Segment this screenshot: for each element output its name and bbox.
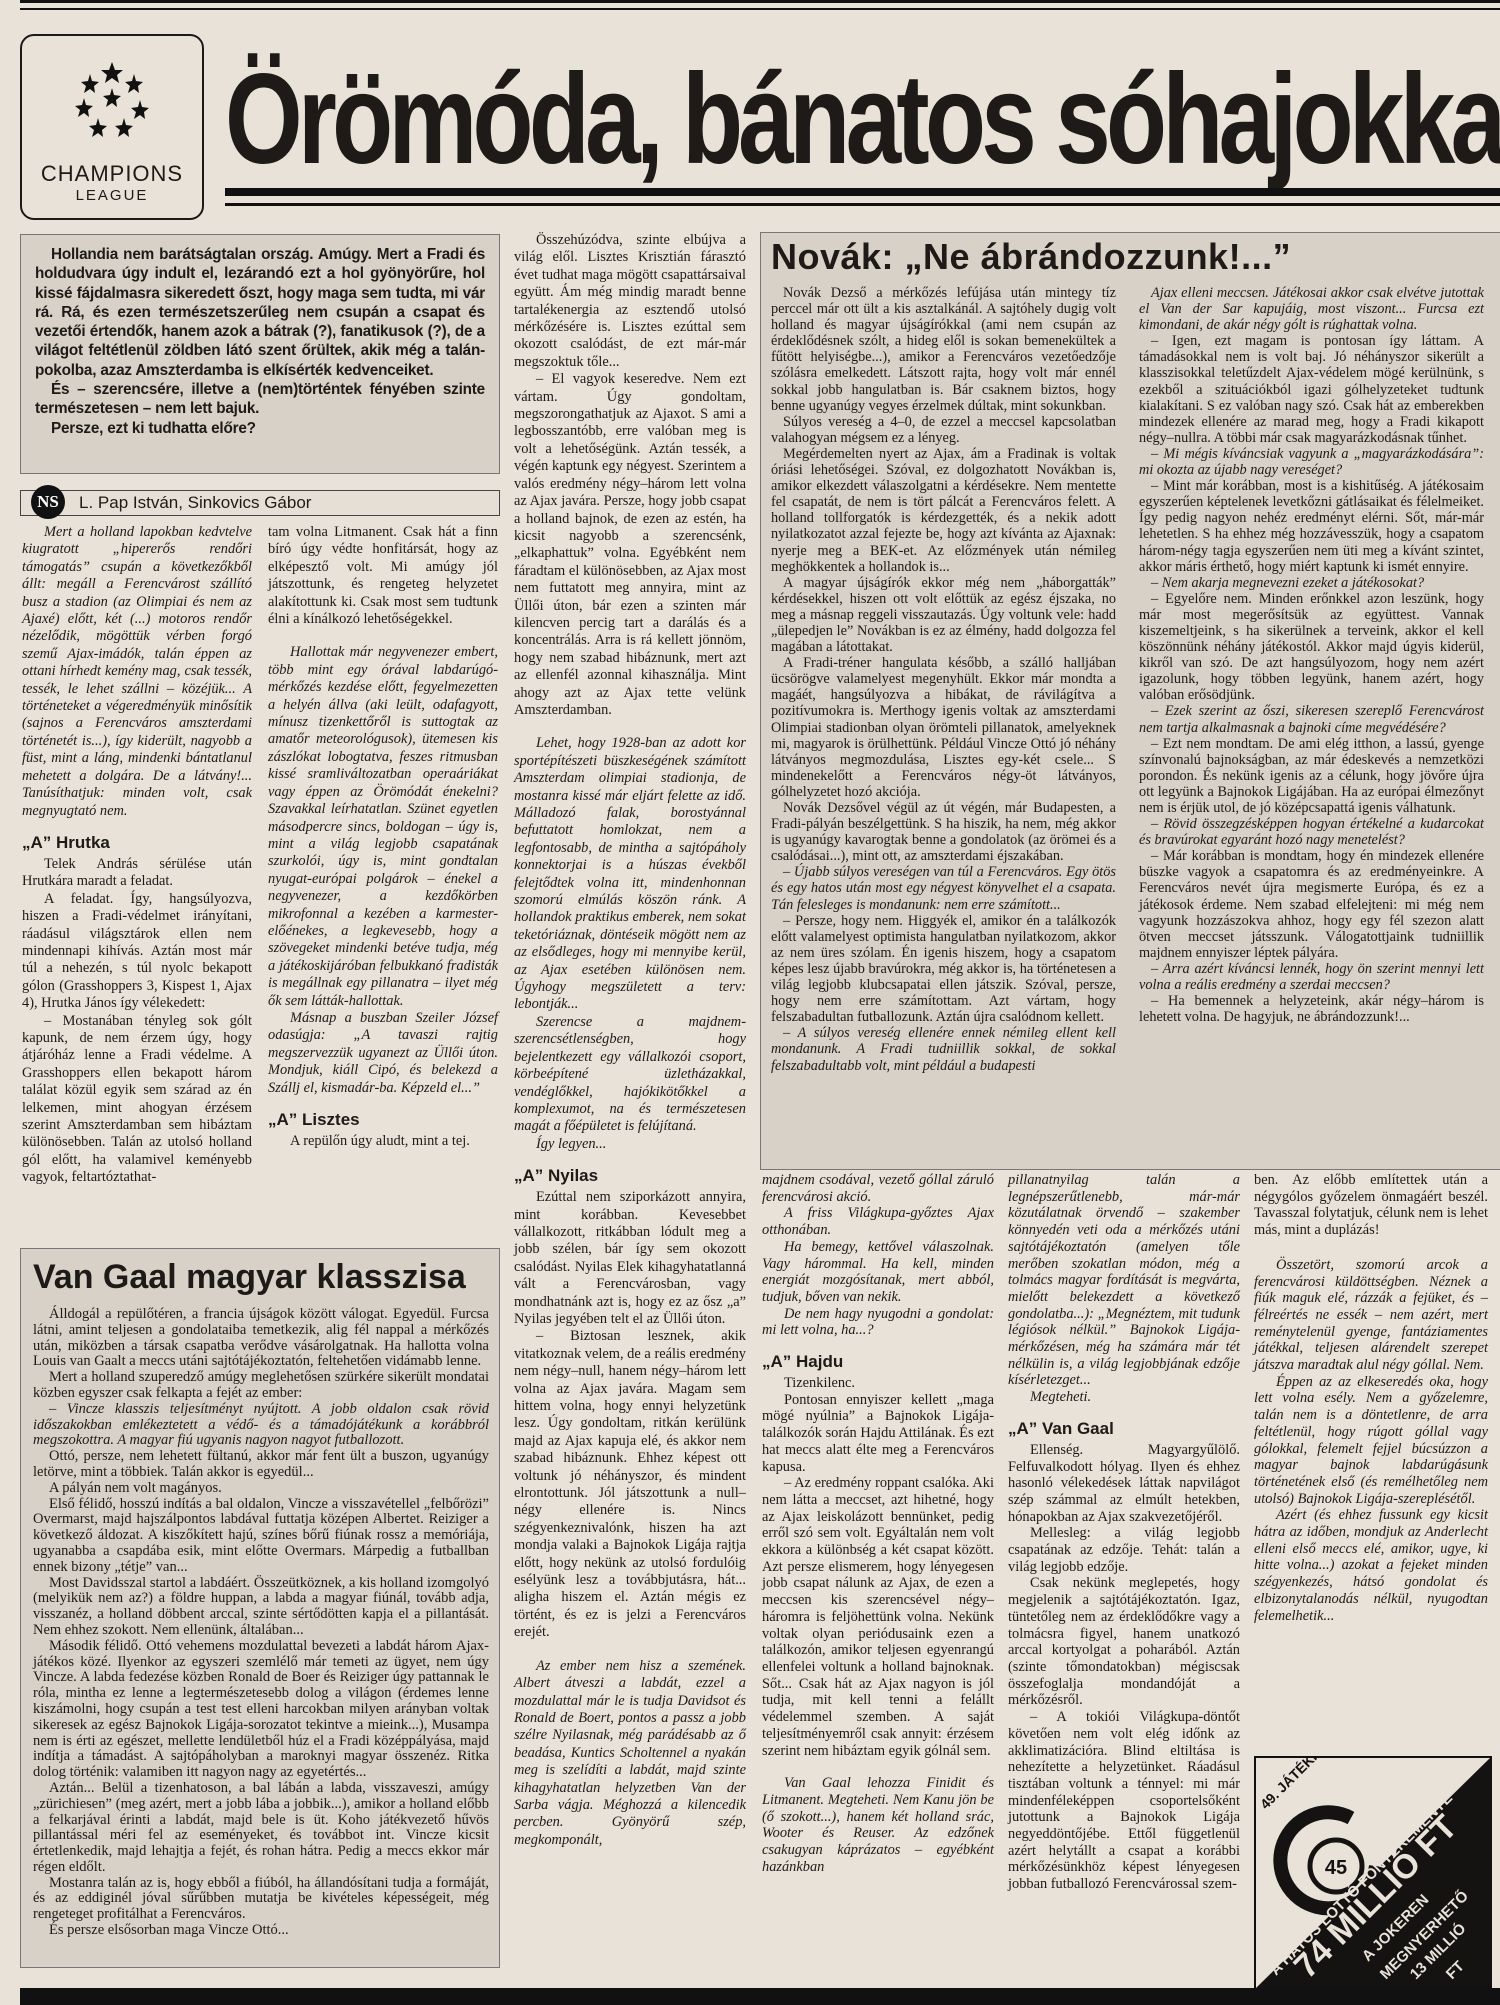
vg-paragraph: Álldogál a repülőtéren, a francia újságo…	[33, 1307, 489, 1370]
champions-league-logo: CHAMPIONS LEAGUE	[20, 34, 204, 220]
subhead-nyilas: „A” Nyilas	[514, 1165, 746, 1187]
article-paragraph: Ezúttal nem sziporkázott annyira, mint k…	[514, 1189, 746, 1328]
novak-question: – Nem akarja megnevezni ezeket a játékos…	[1139, 575, 1484, 591]
page-headline: Örömóda, bánatos sóhajokkal	[225, 30, 1216, 210]
article-paragraph: Pontosan ennyiszer kellett „maga mögé ny…	[762, 1392, 994, 1476]
article-paragraph: Ellenség. Magyargyűlölő. Felfuvalkodott …	[1008, 1442, 1240, 1526]
article-paragraph: majdnem csodával, vezető góllal záruló f…	[762, 1172, 994, 1205]
lead-box: Hollandia nem barátságtalan ország. Amúg…	[20, 234, 500, 474]
logo-line2: LEAGUE	[22, 187, 202, 204]
van-gaal-box: Van Gaal magyar klasszisa Álldogál a rep…	[20, 1248, 500, 1968]
article-paragraph: De nem hagy nyugodni a gondolat: mi lett…	[762, 1306, 994, 1339]
star-ball-icon	[72, 58, 152, 138]
article-paragraph: A repülőn úgy aludt, mint a tej.	[268, 1133, 498, 1150]
vg-paragraph: Második félidő. Ottó vehemens mozdulatta…	[33, 1639, 489, 1781]
novak-paragraph: Megérdemelten nyert az Ajax, ám a Fradin…	[771, 446, 1116, 575]
article-paragraph: A friss Világkupa-győztes Ajax otthonába…	[762, 1205, 994, 1238]
article-paragraph: Ha bemegy, kettővel válaszolnak. Vagy há…	[762, 1239, 994, 1306]
column-1: Mert a holland lapokban kedvtelve kiugra…	[22, 524, 252, 1187]
vg-paragraph: Mostanra talán az is, hogy ebből a fiúbó…	[33, 1876, 489, 1923]
byline-authors: L. Pap István, Sinkovics Gábor	[79, 493, 311, 513]
novak-right-column: Ajax elleni meccsen. Játékosai akkor csa…	[1139, 285, 1484, 1025]
novak-question: – Mi mégis kíváncsiak vagyunk a „magyará…	[1139, 446, 1484, 478]
stadium-paragraph: Így legyen...	[514, 1136, 746, 1153]
logo-line1: CHAMPIONS	[22, 161, 202, 187]
article-paragraph: – Az eredmény roppant csalóka. Aki nem l…	[762, 1475, 994, 1759]
article-paragraph: A feladat. Így, hangsúlyozva, hiszen a F…	[22, 891, 252, 1013]
column-2: tam volna Litmanent. Csak hát a finn bír…	[268, 524, 498, 1150]
lottery-ad[interactable]: 45 A HATOS LOTTÓ FŐNYEREMÉNYE 74 MILLIÓ …	[1254, 1756, 1492, 1990]
article-paragraph: tam volna Litmanent. Csak hát a finn bír…	[268, 524, 498, 628]
article-paragraph: – Mostanában tényleg sok gólt kapunk, de…	[22, 1013, 252, 1187]
headline-rule	[225, 188, 1500, 196]
novak-paragraph: Novák Dezső a mérkőzés lefújása után min…	[771, 285, 1116, 414]
column-3: Összehúzódva, szinte elbújva a világ elő…	[514, 232, 746, 1849]
subhead-hajdu: „A” Hajdu	[762, 1351, 994, 1373]
ad-diagonal-background: 45 A HATOS LOTTÓ FŐNYEREMÉNYE 74 MILLIÓ …	[1256, 1758, 1490, 1988]
vg-paragraph: Most Davidsszal startol a labdáért. Össz…	[33, 1576, 489, 1639]
novak-left-column: Novák Dezső a mérkőzés lefújása után min…	[771, 285, 1116, 1074]
vg-paragraph: Aztán... Belül a tizenhatoson, a bal láb…	[33, 1781, 489, 1876]
novak-paragraph: – Persze, hogy nem. Higgyék el, amikor é…	[771, 913, 1116, 1026]
bus-paragraph: Másnap a buszban Szeiler József odasúgja…	[268, 1010, 498, 1097]
article-paragraph: Telek András sérülése után Hrutkára mara…	[22, 856, 252, 891]
intro-paragraph: Mert a holland lapokban kedvtelve kiugra…	[22, 524, 252, 820]
svg-text:45: 45	[1325, 1857, 1347, 1879]
vg-quote: – Vincze klasszis teljesítményt nyújtott…	[33, 1402, 489, 1449]
article-paragraph: Mellesleg: a világ legjobb csapatának az…	[1008, 1525, 1240, 1575]
bottom-rule	[20, 1988, 1500, 2005]
stadium-paragraph: Lehet, hogy 1928-ban az adott kor sporté…	[514, 735, 746, 1014]
vg-paragraph: Ottó, persze, nem lehetett fültanú, akko…	[33, 1449, 489, 1481]
albert-paragraph: Az ember nem hisz a szemének. Albert átv…	[514, 1658, 746, 1849]
novak-title: Novák: „Ne ábrándozzunk!...”	[771, 235, 1291, 279]
novak-question: – Rövid összegzésképpen hogyan értékelné…	[1139, 816, 1484, 848]
novak-paragraph: – Ezt nem mondtam. De ami elég itthon, a…	[1139, 736, 1484, 816]
article-paragraph: Tizenkilenc.	[762, 1375, 994, 1392]
crowd-paragraph: Hallottak már negyvenezer embert, több m…	[268, 644, 498, 1010]
novak-paragraph: Novák Dezsővel végül az út végén, már Bu…	[771, 800, 1116, 864]
subs-paragraph: Van Gaal lehozza Finidit és Litmanent. M…	[762, 1775, 994, 1875]
faces-paragraph: Azért (és ehhez fussunk egy kicsit hátra…	[1254, 1507, 1488, 1624]
column-5: pillanatnyilag talán a legnépszerűtleneb…	[1008, 1172, 1240, 1893]
novak-interview-box: Novák: „Ne ábrándozzunk!...” Novák Dezső…	[760, 232, 1500, 1170]
novak-question: – Újabb súlyos vereségen van túl a Feren…	[771, 864, 1116, 912]
stadium-paragraph: Szerencse a majdnem-szerencsétlenségben,…	[514, 1014, 746, 1136]
vg-paragraph: A pályán nem volt magányos.	[33, 1481, 489, 1497]
novak-paragraph: A magyar újságírók ekkor még nem „háborg…	[771, 575, 1116, 655]
novak-paragraph: – Igen, ezt magam is pontosan így láttam…	[1139, 333, 1484, 446]
lead-paragraph: Persze, ezt ki tudhatta előre?	[35, 419, 485, 438]
lead-paragraph: És – szerencsére, illetve a (nem)történt…	[35, 380, 485, 419]
novak-question: – A súlyos vereség ellenére ennek némile…	[771, 1025, 1116, 1073]
subhead-hrutka: „A” Hrutka	[22, 832, 252, 854]
lead-paragraph: Hollandia nem barátságtalan ország. Amúg…	[35, 245, 485, 380]
vg-paragraph: És persze elsősorban maga Vincze Ottó...	[33, 1923, 489, 1939]
novak-question: – Arra azért kíváncsi lennék, hogy ön sz…	[1139, 961, 1484, 993]
lead-text: Hollandia nem barátságtalan ország. Amúg…	[21, 235, 499, 438]
faces-paragraph: Összetört, szomorú arcok a ferencvárosi …	[1254, 1257, 1488, 1374]
subhead-lisztes: „A” Lisztes	[268, 1109, 498, 1131]
novak-paragraph: Súlyos vereség a 4–0, de ezzel a meccsel…	[771, 414, 1116, 446]
novak-paragraph: – Mint már korábban, most is a kishitűsé…	[1139, 478, 1484, 575]
novak-paragraph: – Ha bemennek a helyzeteink, akár négy–h…	[1139, 993, 1484, 1025]
article-paragraph: – A tokiói Világkupa-döntőt követően nem…	[1008, 1709, 1240, 1893]
article-paragraph: ben. Az előbb említettek után a négygólo…	[1254, 1172, 1488, 1239]
van-gaal-title: Van Gaal magyar klasszisa	[33, 1257, 466, 1297]
novak-question: Ajax elleni meccsen. Játékosai akkor csa…	[1139, 285, 1484, 333]
article-paragraph: – El vagyok keseredve. Nem ezt vártam. Ú…	[514, 371, 746, 719]
article-paragraph: – Biztosan lesznek, akik vitatkoznak vel…	[514, 1328, 746, 1641]
novak-paragraph: – Egyelőre nem. Minden erőnkkel azon les…	[1139, 591, 1484, 704]
article-paragraph: pillanatnyilag talán a legnépszerűtleneb…	[1008, 1172, 1240, 1389]
novak-question: – Ezek szerint az őszi, sikeresen szerep…	[1139, 703, 1484, 735]
vg-paragraph: Első félidő, hosszú indítás a bal oldalo…	[33, 1497, 489, 1576]
ns-badge: NS	[31, 485, 65, 519]
article-paragraph: Csak nekünk meglepetés, hogy megjelenik …	[1008, 1575, 1240, 1709]
byline: NS L. Pap István, Sinkovics Gábor	[20, 490, 500, 516]
van-gaal-text: Álldogál a repülőtéren, a francia újságo…	[33, 1307, 489, 1939]
top-rule	[20, 0, 1500, 3]
top-rule-thin	[20, 8, 1500, 10]
novak-paragraph: – Már korábban is mondtam, hogy én minde…	[1139, 848, 1484, 961]
column-4: majdnem csodával, vezető góllal záruló f…	[762, 1172, 994, 1875]
vg-paragraph: Mert a holland szuperedző amúgy meglehet…	[33, 1370, 489, 1402]
ad-week: 49. JÁTÉKHÉT	[1257, 1758, 1337, 1812]
subhead-van-gaal: „A” Van Gaal	[1008, 1418, 1240, 1440]
column-6: ben. Az előbb említettek után a négygólo…	[1254, 1172, 1488, 1624]
novak-paragraph: A Fradi-tréner hangulata később, a száll…	[771, 655, 1116, 800]
faces-paragraph: Éppen az az elkeseredés oka, hogy lett v…	[1254, 1374, 1488, 1508]
article-paragraph: Összehúzódva, szinte elbújva a világ elő…	[514, 232, 746, 371]
article-paragraph: Megteheti.	[1008, 1389, 1240, 1406]
headline-rule-thin	[225, 203, 1500, 206]
